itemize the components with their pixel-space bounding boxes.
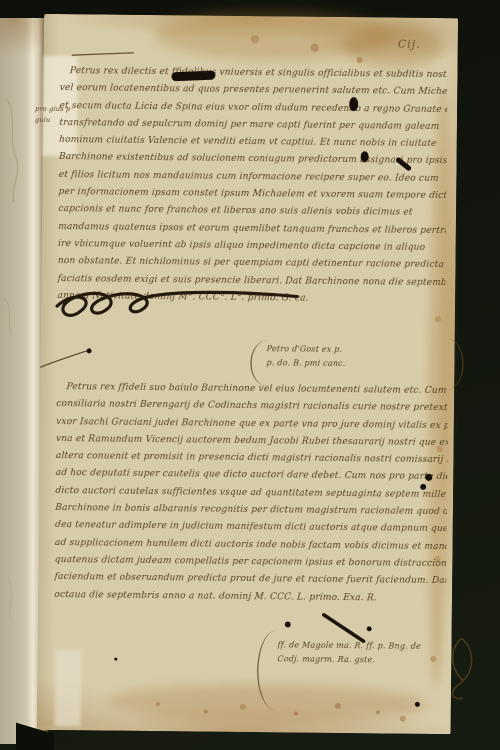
- manuscript-photo: Cij. pro gius pguiu Petrus rex dilectis …: [0, 0, 500, 750]
- entry1-chancery-note-text: Petro d'Gost ex p.p. do. B. pmi canc.: [266, 342, 444, 372]
- folio-number: Cij.: [398, 38, 421, 51]
- ink-dot: [114, 658, 117, 661]
- entry2-chancery-note: ff. de Magole ma. R. ff. p. Bng. deCodj.…: [277, 638, 477, 668]
- entry1-text-block: Petrus rex dilectis et ffidelibus vniuer…: [57, 66, 448, 316]
- opening-paren-stroke: [250, 340, 267, 386]
- ink-dot: [285, 621, 291, 627]
- manuscript-page: Cij. pro gius pguiu Petrus rex dilectis …: [37, 14, 458, 734]
- manuscript-text-line: p. do. B. pmi canc.: [266, 356, 444, 372]
- ink-dot: [415, 702, 420, 707]
- manuscript-text-line: Codj. magrm. Ra. gste.: [277, 652, 447, 668]
- manuscript-text-line: anno a Nativitate dominj M°. CCC°. L°. p…: [57, 291, 446, 312]
- margin-swash-stroke: [37, 350, 89, 371]
- notarial-flourish: [441, 634, 482, 704]
- entry1-chancery-note: Petro d'Gost ex p.p. do. B. pmi canc.: [266, 342, 456, 372]
- entry2-chancery-note-text: ff. de Magole ma. R. ff. p. Bng. deCodj.…: [277, 638, 447, 668]
- ink-dot: [367, 626, 372, 631]
- ink-blot-strikeout: [171, 71, 215, 82]
- margin-dash-stroke: [72, 52, 134, 56]
- ink-dot: [425, 474, 432, 481]
- foxing-specks: [44, 14, 46, 16]
- paper-patch: [55, 650, 82, 726]
- bold-diagonal-stroke: [324, 615, 364, 641]
- closing-paren-stroke: [446, 338, 464, 390]
- ink-dot: [420, 484, 426, 490]
- stain: [344, 25, 444, 68]
- entry2-text-block: Petrus rex ffideli suo baiulo Barchinone…: [54, 382, 448, 614]
- ink-dot: [87, 348, 92, 353]
- manuscript-text-line: octaua die septembris anno a nat. dominj…: [54, 590, 447, 611]
